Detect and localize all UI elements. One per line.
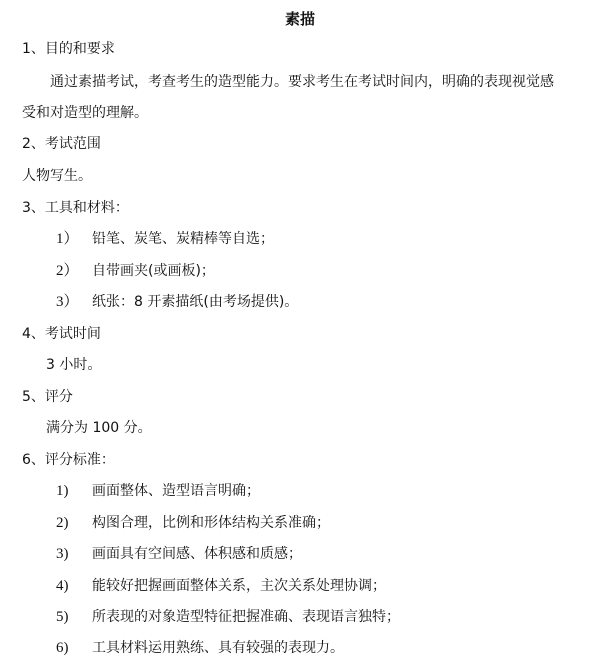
item-text: 纸张：8 开素描纸(由考场提供)。: [92, 294, 298, 310]
section-2-heading: 2、考试范围: [22, 134, 101, 154]
item-text: 工具材料运用熟练、具有较强的表现力。: [92, 640, 344, 656]
section-6-item: 2)构图合理，比例和形体结构关系准确；: [56, 513, 330, 533]
section-6-item: 5)所表现的对象造型特征把握准确、表现语言独特；: [56, 607, 400, 627]
section-1-heading: 1、目的和要求: [22, 39, 115, 59]
item-number: 4): [56, 576, 92, 596]
section-3-heading: 3、工具和材料：: [22, 198, 129, 218]
section-6-item: 1)画面整体、造型语言明确；: [56, 481, 260, 501]
item-text: 铅笔、炭笔、炭精棒等自选；: [92, 231, 274, 247]
item-text: 自带画夹(或画板)；: [92, 263, 215, 279]
section-4-body: 3 小时。: [46, 355, 101, 375]
item-number: 1): [56, 481, 92, 501]
section-3-item: 2）自带画夹(或画板)；: [56, 261, 215, 281]
item-number: 1）: [56, 229, 92, 249]
item-number: 3): [56, 544, 92, 564]
section-2-body: 人物写生。: [22, 166, 92, 186]
section-3-item: 3）纸张：8 开素描纸(由考场提供)。: [56, 292, 298, 312]
item-number: 2): [56, 513, 92, 533]
item-text: 能较好把握画面整体关系，主次关系处理协调；: [92, 578, 386, 594]
section-6-item: 4)能较好把握画面整体关系，主次关系处理协调；: [56, 576, 386, 596]
document-title: 素描: [0, 8, 590, 29]
item-text: 构图合理，比例和形体结构关系准确；: [92, 515, 330, 531]
item-text: 所表现的对象造型特征把握准确、表现语言独特；: [92, 609, 400, 625]
section-6-heading: 6、评分标准：: [22, 450, 115, 470]
item-number: 5): [56, 607, 92, 627]
section-4-heading: 4、考试时间: [22, 324, 101, 344]
item-text: 画面整体、造型语言明确；: [92, 483, 260, 499]
section-1-body-line-2: 受和对造型的理解。: [22, 103, 148, 123]
section-3-item: 1）铅笔、炭笔、炭精棒等自选；: [56, 229, 274, 249]
item-number: 6): [56, 638, 92, 658]
item-number: 3）: [56, 292, 92, 312]
section-6-item: 6)工具材料运用熟练、具有较强的表现力。: [56, 638, 344, 658]
item-text: 画面具有空间感、体积感和质感；: [92, 546, 302, 562]
section-1-body-line-1: 通过素描考试，考查考生的造型能力。要求考生在考试时间内，明确的表现视觉感: [50, 72, 554, 92]
item-number: 2）: [56, 261, 92, 281]
section-6-item: 3)画面具有空间感、体积感和质感；: [56, 544, 302, 564]
section-5-body: 满分为 100 分。: [46, 418, 152, 438]
section-5-heading: 5、评分: [22, 387, 73, 407]
